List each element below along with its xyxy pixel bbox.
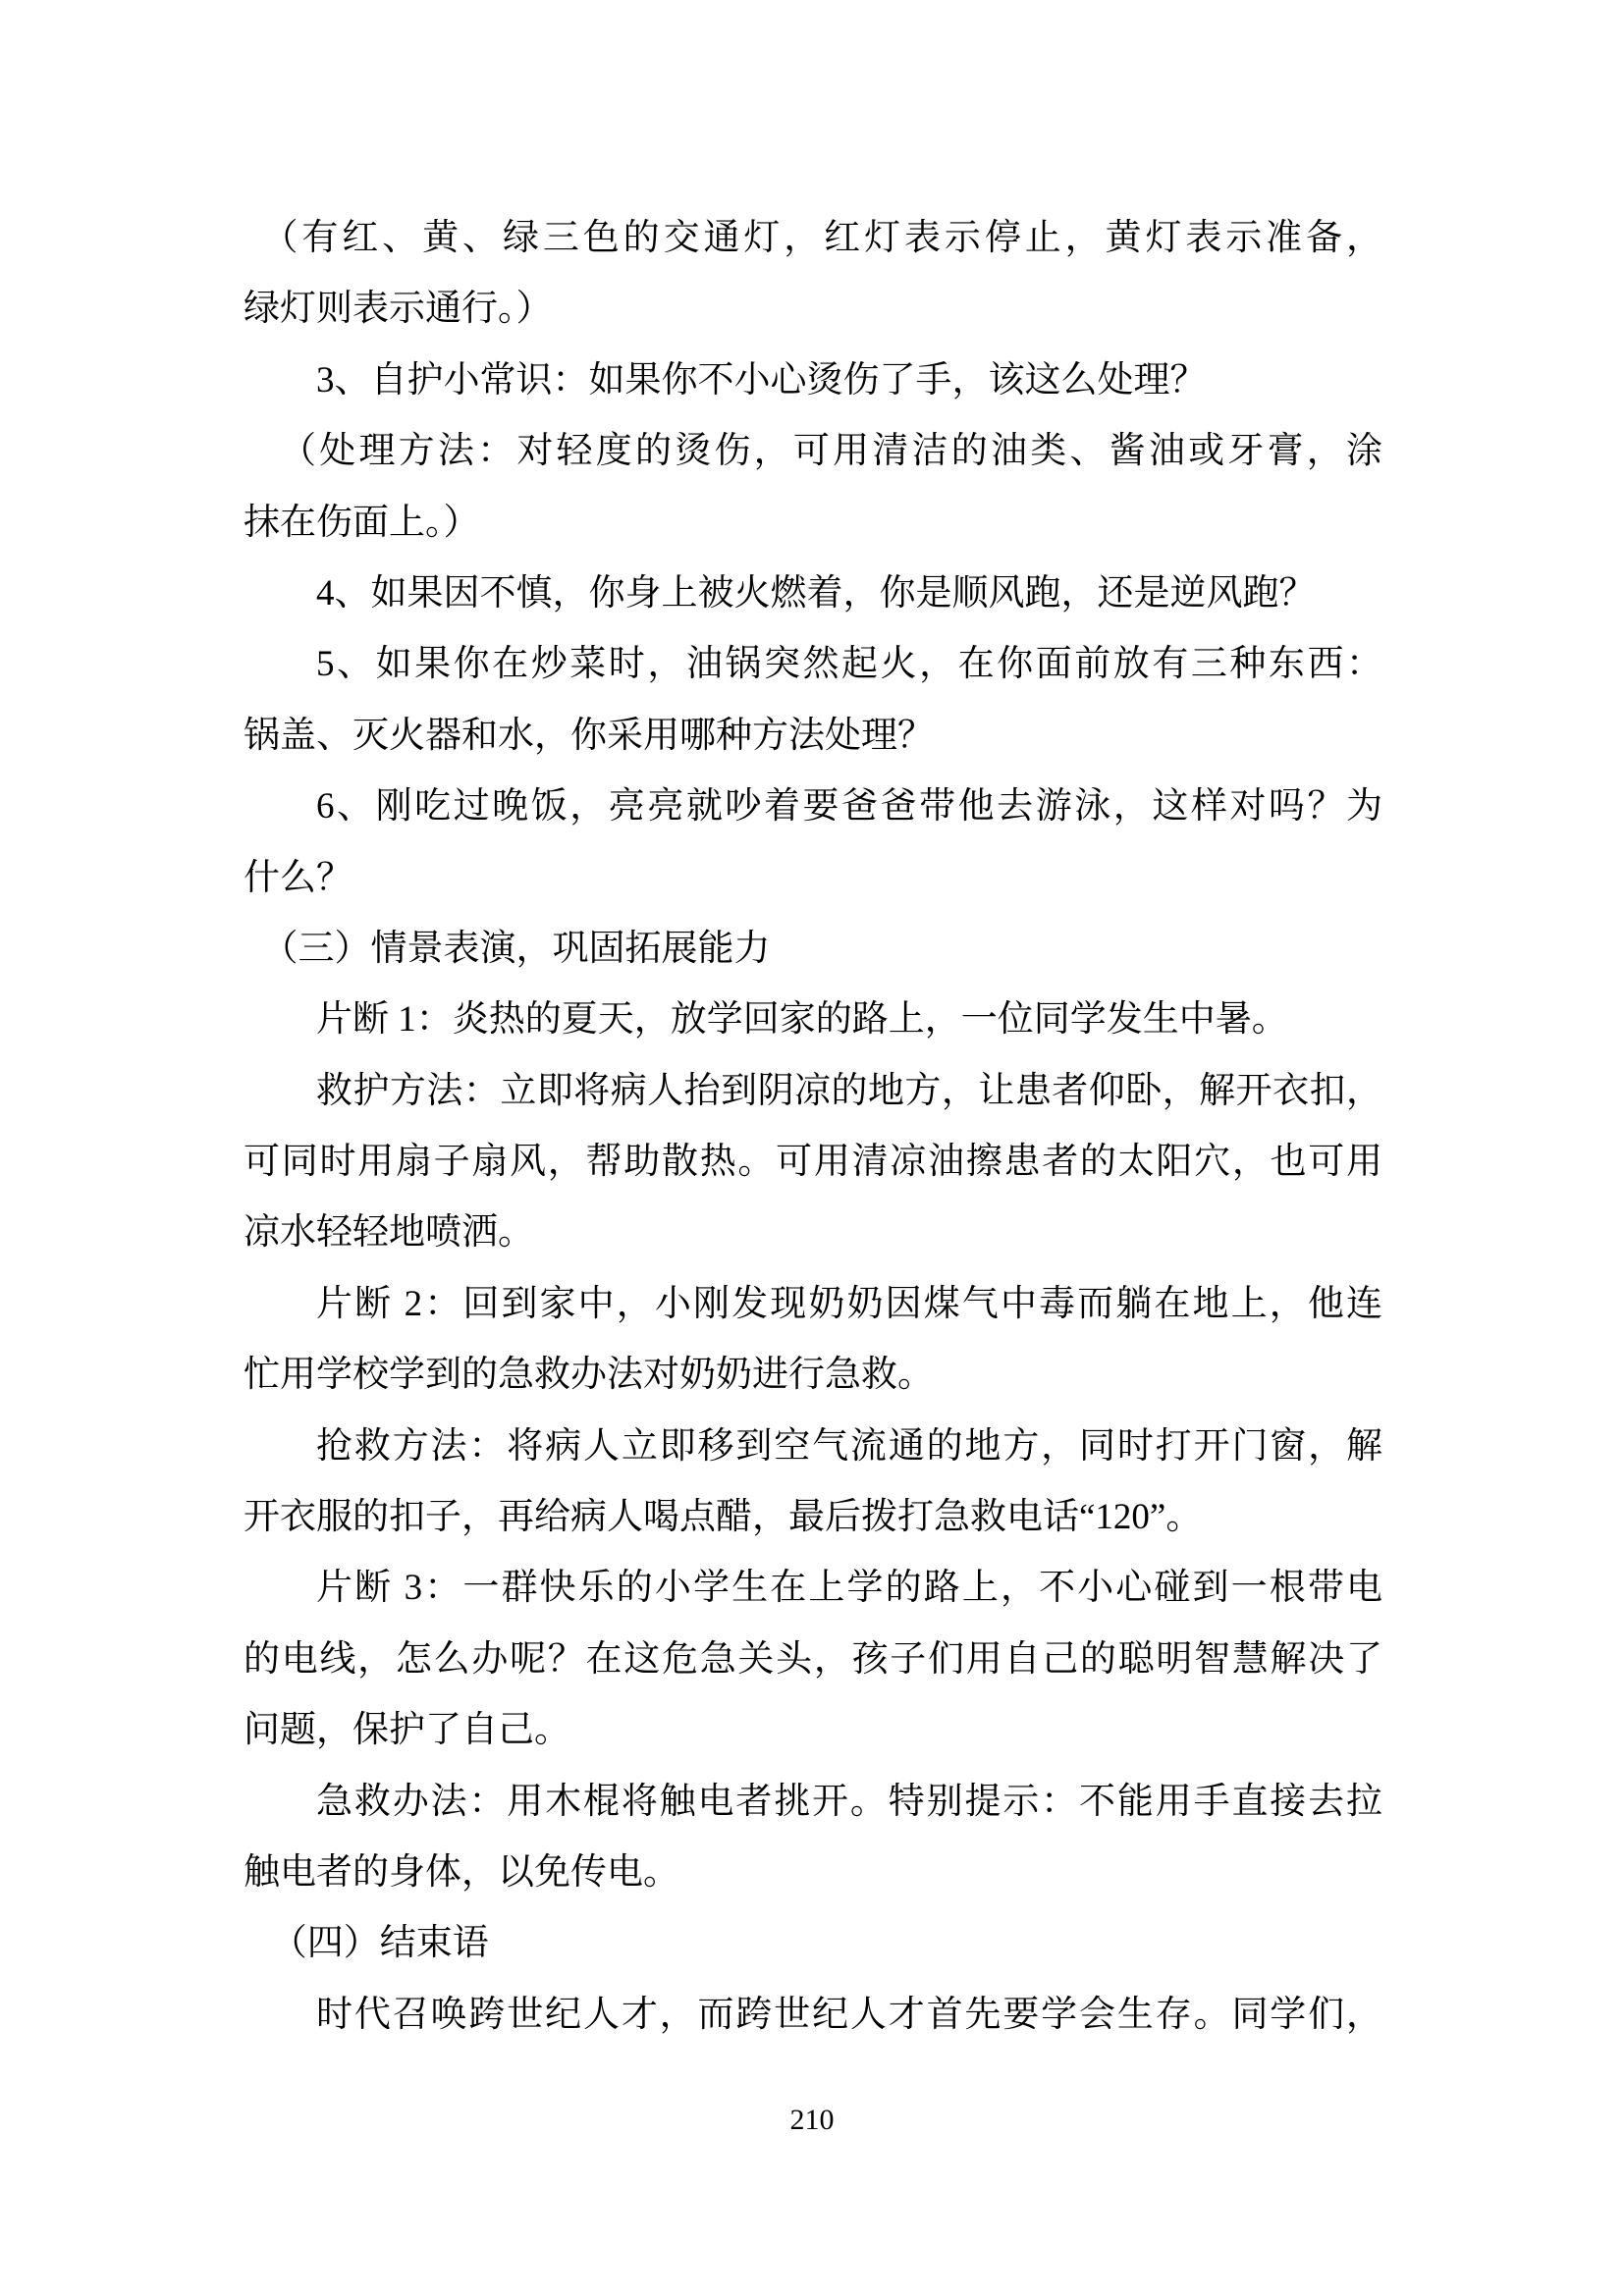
text-line: 时代召唤跨世纪人才，而跨世纪人才首先要学会生存。同学们， xyxy=(244,1980,1382,2051)
text-line: 触电者的身体，以免传电。 xyxy=(244,1838,1382,1908)
text-line: 可同时用扇子扇风，帮助散热。可用清凉油擦患者的太阳穴，也可用 xyxy=(244,1127,1382,1198)
text-line: （三）情景表演，巩固拓展能力 xyxy=(244,914,1382,985)
text-line: （处理方法：对轻度的烫伤，可用清洁的油类、酱油或牙膏，涂 xyxy=(244,416,1382,487)
text-line: （四）结束语 xyxy=(244,1908,1382,1979)
page-footer: 210 xyxy=(0,2101,1624,2140)
text-line: 开衣服的扣子，再给病人喝点醋，最后拨打急救电话“120”。 xyxy=(244,1482,1382,1553)
text-line: 凉水轻轻地喷洒。 xyxy=(244,1198,1382,1268)
text-line: 抢救方法：将病人立即移到空气流通的地方，同时打开门窗，解 xyxy=(244,1412,1382,1482)
text-line: 的电线，怎么办呢？在这危急关头，孩子们用自己的聪明智慧解决了 xyxy=(244,1625,1382,1695)
text-line: 5、如果你在炒菜时，油锅突然起火，在你面前放有三种东西： xyxy=(244,629,1382,700)
text-line: 救护方法：立即将病人抬到阴凉的地方，让患者仰卧，解开衣扣， xyxy=(244,1056,1382,1127)
page-number: 210 xyxy=(790,2104,835,2136)
document-page: （有红、黄、绿三色的交通灯，红灯表示停止，黄灯表示准备，绿灯则表示通行。）3、自… xyxy=(0,0,1624,2296)
text-line: 3、自护小常识：如果你不小心烫伤了手，该这么处理？ xyxy=(244,346,1382,416)
text-line: 片断 2：回到家中，小刚发现奶奶因煤气中毒而躺在地上，他连 xyxy=(244,1269,1382,1340)
text-line: 4、如果因不慎，你身上被火燃着，你是顺风跑，还是逆风跑？ xyxy=(244,559,1382,629)
text-line: 片断 1：炎热的夏天，放学回家的路上，一位同学发生中暑。 xyxy=(244,985,1382,1055)
text-line: 片断 3：一群快乐的小学生在上学的路上，不小心碰到一根带电 xyxy=(244,1553,1382,1624)
text-line: 抹在伤面上。） xyxy=(244,488,1382,559)
text-line: （有红、黄、绿三色的交通灯，红灯表示停止，黄灯表示准备， xyxy=(244,203,1382,274)
text-line: 6、刚吃过晚饭，亮亮就吵着要爸爸带他去游泳，这样对吗？为 xyxy=(244,772,1382,842)
text-line: 忙用学校学到的急救办法对奶奶进行急救。 xyxy=(244,1340,1382,1411)
text-line: 什么？ xyxy=(244,843,1382,914)
text-line: 问题，保护了自己。 xyxy=(244,1695,1382,1766)
text-line: 绿灯则表示通行。） xyxy=(244,274,1382,345)
text-line: 锅盖、灭火器和水，你采用哪种方法处理？ xyxy=(244,701,1382,772)
document-body: （有红、黄、绿三色的交通灯，红灯表示停止，黄灯表示准备，绿灯则表示通行。）3、自… xyxy=(244,203,1382,2051)
text-line: 急救办法：用木棍将触电者挑开。特别提示：不能用手直接去拉 xyxy=(244,1767,1382,1838)
